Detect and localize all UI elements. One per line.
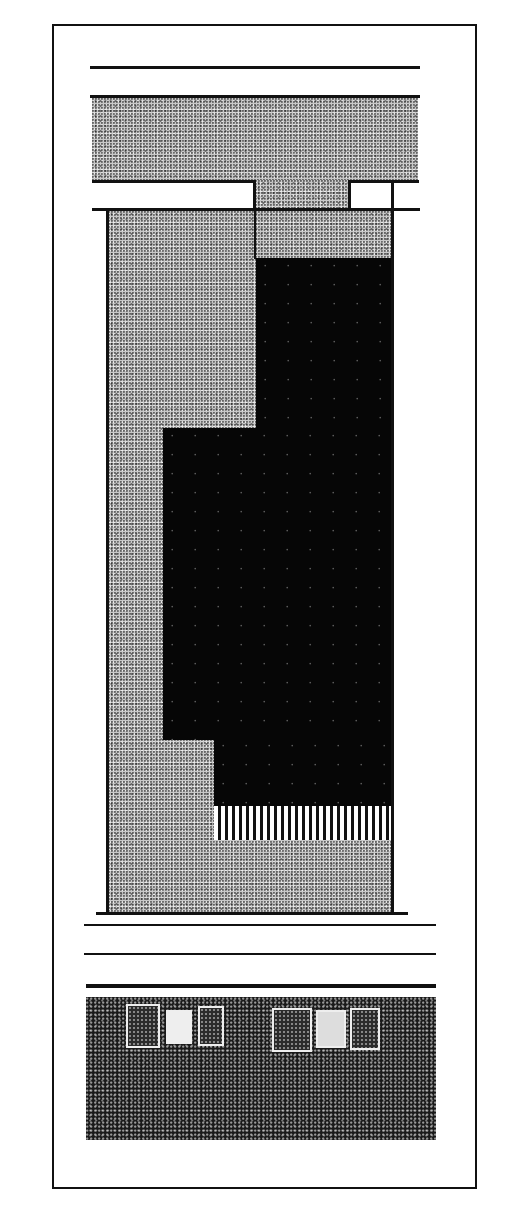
base-rule-2 <box>84 953 436 955</box>
base-rule-1 <box>84 924 436 926</box>
top-rule <box>90 66 420 69</box>
frieze-panel <box>316 1010 346 1048</box>
capital-drop-right-edge <box>348 180 351 210</box>
base-rule-3 <box>86 984 436 988</box>
shaft-inner-divider <box>254 211 256 259</box>
shaft-dark-lower <box>214 738 391 806</box>
capital-band <box>92 98 418 180</box>
base-plinth-rule <box>96 912 408 915</box>
capital-bottom-rule-left <box>92 180 255 183</box>
capital-drop <box>255 180 349 208</box>
fluting-band <box>214 806 391 840</box>
capital-bottom-rule-right <box>349 180 419 183</box>
shaft-left-edge <box>106 208 109 913</box>
shaft-right-edge <box>391 180 394 913</box>
frieze-panel <box>166 1010 192 1044</box>
frieze-panel <box>350 1008 380 1050</box>
frieze-panel <box>198 1006 224 1046</box>
frieze-panel <box>272 1008 312 1052</box>
shaft-dark-middle <box>163 428 391 740</box>
shaft-dark-upper <box>256 258 391 430</box>
frieze-panel <box>126 1004 160 1048</box>
capital-drop-left-edge <box>253 180 256 210</box>
